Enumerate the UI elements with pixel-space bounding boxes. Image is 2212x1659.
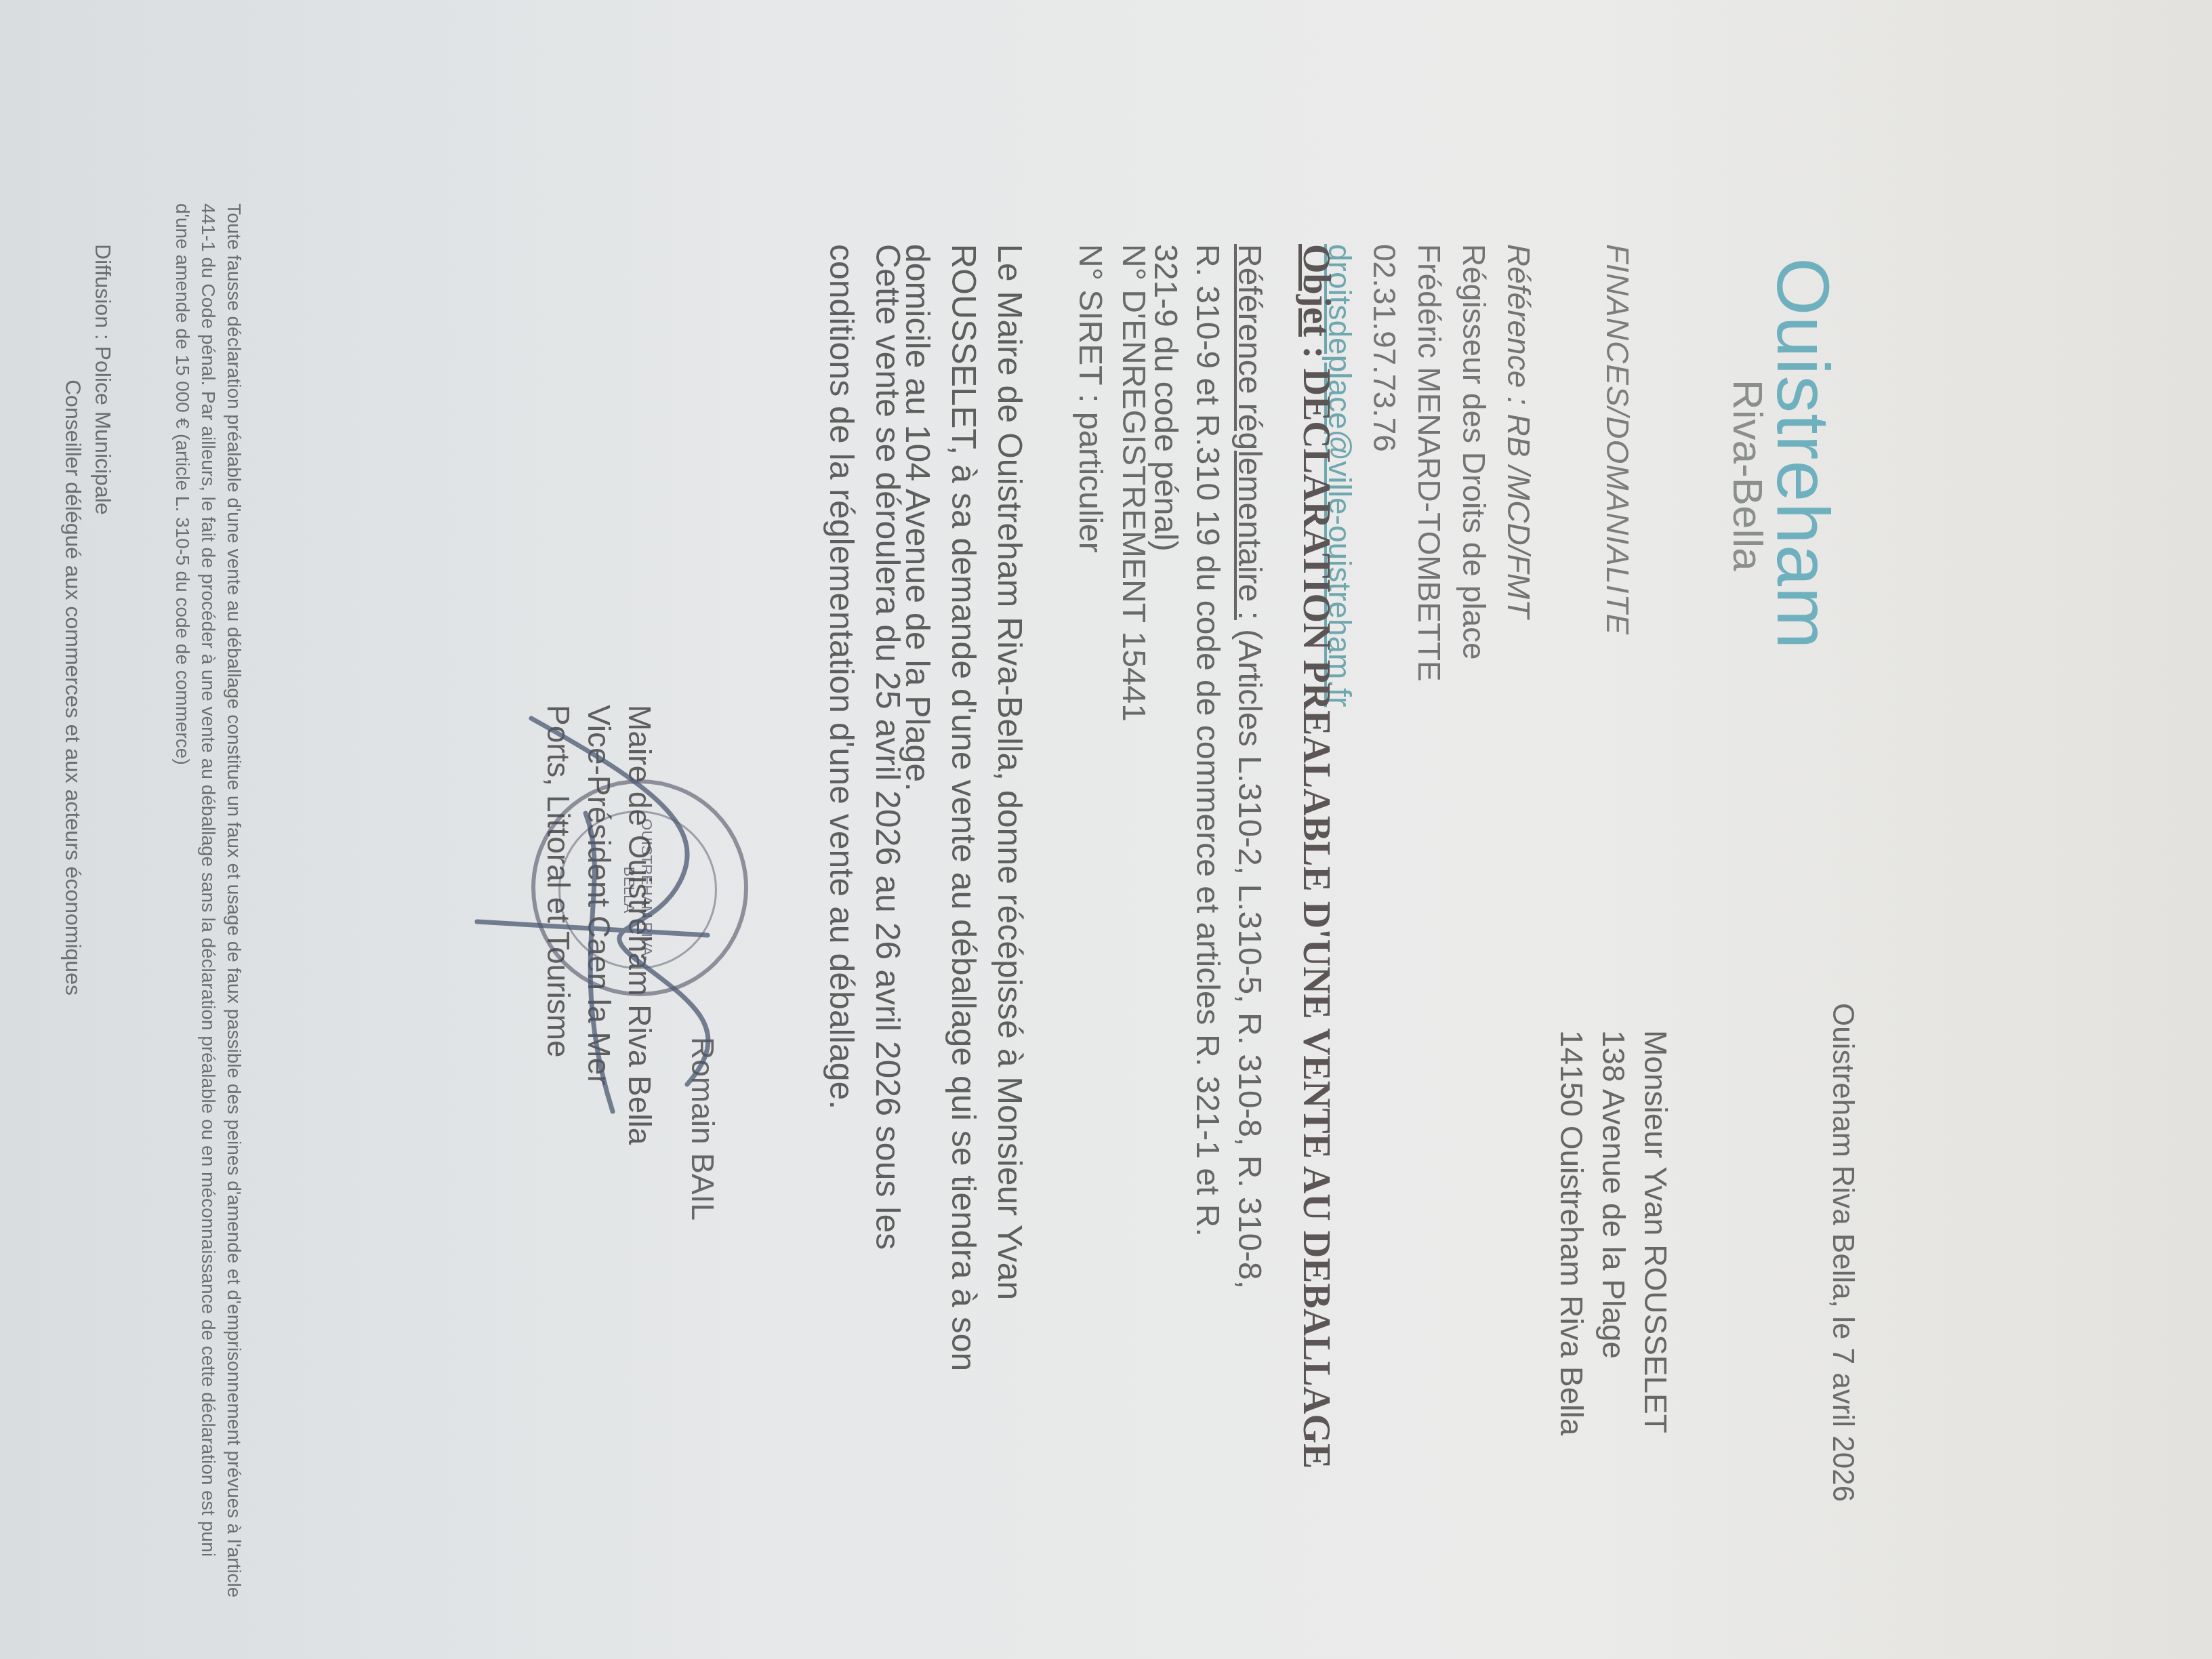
registration-number: N° D'ENREGISTREMENT 15441	[1111, 244, 1155, 722]
body-paragraph-1: Le Maire de Ouistreham Riva-Bella, donne…	[895, 244, 1033, 1396]
subject-label: Objet	[1295, 244, 1337, 337]
date-line: Ouistreham Riva Bella, le 7 avril 2026	[1826, 1003, 1860, 1502]
logo-riva-bella: Riva-Bella	[1723, 380, 1771, 571]
reference-phone: 02.31.97.73.76	[1362, 244, 1407, 707]
document-page: Ouistreham Riva-Bella FINANCES/DOMANIALI…	[0, 0, 2212, 1659]
logo-ouistreham: Ouistreham	[1760, 258, 1846, 650]
diffusion-label: Diffusion :	[91, 244, 115, 340]
subject-title: : DECLARATION PREALABLE D'UNE VENTE AU D…	[1295, 337, 1337, 1469]
reference-line: Référence : RB /MCD/FMT	[1496, 244, 1541, 707]
recipient-street: 138 Avenue de la Plage	[1593, 1030, 1635, 1435]
diffusion-item-2: Conseiller délégué aux commerces et aux …	[58, 244, 88, 996]
reference-block: Référence : RB /MCD/FMT Régisseur des Dr…	[1317, 244, 1541, 707]
reference-name: Frédéric MENARD-TOMBETTE	[1407, 244, 1452, 707]
registration-block: N° D'ENREGISTREMENT 15441 N° SIRET : par…	[1068, 244, 1155, 722]
siret-number: N° SIRET : particulier	[1068, 244, 1111, 722]
reference-role: Régisseur des Droits de place	[1452, 244, 1496, 707]
handwritten-signature-icon	[450, 678, 789, 1152]
recipient-name: Monsieur Yvan ROUSSELET	[1635, 1030, 1677, 1435]
recipient-address: Monsieur Yvan ROUSSELET 138 Avenue de la…	[1551, 1030, 1677, 1435]
diffusion-block: Diffusion : Police Municipale Conseiller…	[58, 244, 118, 996]
recipient-city: 14150 Ouistreham Riva Bella	[1551, 1030, 1593, 1435]
body-paragraph-2: Cette vente se déroulera du 25 avril 202…	[819, 244, 911, 1396]
diffusion-item-1: Police Municipale	[91, 346, 115, 515]
department-label: FINANCES/DOMANIALITE	[1599, 244, 1636, 635]
subject-line: Objet : DECLARATION PREALABLE D'UNE VENT…	[1294, 244, 1338, 1469]
regulatory-label: Référence réglementaire :	[1231, 244, 1267, 620]
regulatory-reference: Référence réglementaire : (Articles L.31…	[1144, 244, 1270, 1301]
legal-footnote: Toute fausse déclaration préalable d'une…	[169, 203, 247, 1599]
